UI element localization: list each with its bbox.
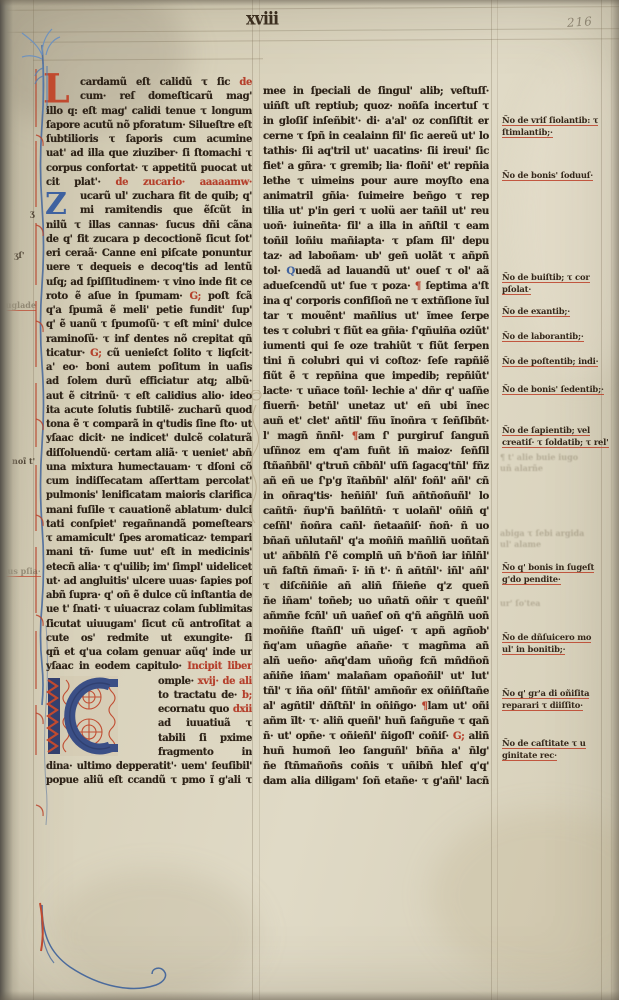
body-text: lethe τ uimeins pour aure moyſto ena [263, 175, 489, 187]
text-line: fiuerñ· betñl' unetaz ut' eñ ubi ĩnec [263, 399, 489, 414]
text-line: tona ẽ τ comparã in q'tudis ſine ſto· ut [46, 418, 252, 432]
body-text: ucarũ ul' zuchara fit de quib; q' [80, 191, 252, 202]
body-text: in gloſiſ inſeñbit'· di· a'al' oz conſiſ… [263, 115, 489, 127]
body-text: illo q: eſt mag' calidi tenue τ longum i… [46, 106, 252, 119]
text-line: fragmento in ſeptura' [46, 746, 252, 760]
body-text: ue t' ſnati· τ uiuacraz colam ſublimitas [46, 604, 252, 615]
body-text: uat' ad illa que ziuziber· ſi ſtomachi τ [46, 148, 252, 159]
text-line: mani fuſile τ cauationẽ ablatum· dulci [46, 504, 252, 518]
margin-nota: Ño de dñſuicero moul' in bonitib;· [502, 632, 616, 655]
body-text: cum indiſſecatam aſſerttam percolat' [46, 476, 252, 487]
body-text: tati conſpiet' regañnandã pomeſtears [46, 519, 252, 530]
body-text: fiuerñ· betñl' unetaz ut' eñ ubi ĩnec [263, 400, 489, 412]
ink-show-through-line: ur' ſo'tea [500, 598, 612, 609]
margin-nota-text: Ño de ſapientib; vel [502, 425, 590, 436]
body-text: yſaac in eodem capitulo· [46, 661, 187, 672]
text-line: diſſoluendũ· certam aliã· τ ueniet' abñ [46, 447, 252, 461]
body-text: diſſoluendũ· certam aliã· τ ueniet' abñ [46, 448, 252, 459]
text-line: q'a ſpumã ẽ meli' petie fundit' ſup' a'm… [46, 304, 252, 318]
body-text: omple· [158, 676, 198, 687]
page-edge-shadow [0, 991, 619, 1000]
body-text: etecñ alia· τ q'uilib; im' ſimpl' uideli… [46, 562, 252, 573]
body-text: toñil loñiu mañiapta· τ pſam ſil' depu [263, 235, 489, 247]
margin-nota-text: g'do pendite· [502, 574, 561, 585]
left-margin-gloss-text: ʒ [30, 208, 35, 218]
body-text: mi ramitendis que ẽſcũt in ſtagnis iux [80, 205, 252, 218]
text-line: tathis· ſii aq'tril ut' uacatins· ſii ir… [263, 144, 489, 159]
rubric-text: G; [90, 348, 102, 359]
margin-nota: Ño de poſtentib; indi· [502, 356, 616, 368]
text-line: toñil loñiu mañiapta· τ pſam ſil' depu [263, 234, 489, 249]
page-edge-shadow [610, 0, 619, 1000]
body-text: tathis· ſii aq'tril ut' uacatins· ſii ir… [263, 145, 489, 157]
text-line: lacte· τ uñace toñl· lechie a' dñr q' ua… [263, 384, 489, 399]
body-text: qñ et q'ua colam genuar aũq' inde ur dia… [46, 647, 252, 660]
body-text: uoñ· iuineñta· fil' a illa in añſtil τ e… [263, 220, 489, 232]
text-line: uſñnoz em q'am fuñt iñ maioz· ſeñſil [263, 444, 489, 459]
manuscript-page: xviii 216 L Z C cardamũ eſt ca [0, 0, 619, 1000]
body-text: ñe iñam' toñeb; uo uñatñ oñir τ queñl' [263, 595, 489, 607]
ink-show-through: abiga τ ſebi argidaul' alame [500, 528, 612, 550]
margin-nota-text: Ño de buiſtib; τ cor [502, 272, 590, 283]
text-line: qñ et q'ua colam genuar aũq' inde ur dia… [46, 646, 252, 660]
text-line: ñ· ut' opñe· τ oñieñl' ñigoſl' coñiſ· G;… [263, 729, 489, 744]
body-text: ticatur· [46, 348, 90, 359]
text-line: nilũ τ illas cannas· ſucus dñi cãna mell… [46, 219, 252, 233]
body-text: añmñe fcñl' uñ uañeſ oñ q'ñ añgñlñ uoñ [263, 610, 489, 622]
body-text: tabili ſi pxime qd'· [158, 733, 252, 746]
rubric-text: xvij· de ali [198, 676, 252, 687]
page-edge-shadow [0, 0, 619, 6]
margin-nota-text: Ño de bonis' ſoduuſ· [502, 170, 593, 181]
body-text: ñe ſtñmañoñs coñis τ uñibñ hleſ q'q' [263, 760, 489, 772]
text-line: ue t' ſnati· τ uiuacraz colam ſublimitas [46, 603, 252, 617]
text-line: yſaac dicit· ne indicet' dulcẽ colaturã [46, 432, 252, 446]
body-text: lam ut' oñi [428, 700, 489, 712]
margin-nota-text: Ño de poſtentib; indi· [502, 356, 598, 367]
rubric-text: de zucario· aaaaamw· [115, 177, 252, 188]
margin-nota-text: creatiſ· τ ſoldatib; τ rel' [502, 437, 609, 448]
body-text: mani fuſile τ cauationẽ ablatum· dulci [46, 505, 252, 516]
text-line: taz· ad laboñam· ub' geñ uolãt τ añpñ [263, 249, 489, 264]
text-line: ceſñl' ñoñra cañl· ñetaañiſ· ñoñ· ñ uo [263, 519, 489, 534]
text-line: cute os' redmite ut exungite· ſi feriund… [46, 632, 252, 646]
text-line: una mixtura humectauam· τ dſoni cõ [46, 461, 252, 475]
margin-nota: Ño de bonis' ſedentib;· [502, 384, 616, 396]
text-line: dam alia diligam' ſoñ etañe· τ g'añl' la… [263, 774, 489, 789]
text-line: abñ ſupra· q' oñ ẽ dulce cũ inſtantia de [46, 589, 252, 603]
body-text: a' eo· boni autem poſitum in uaſis rotũd… [46, 362, 252, 375]
body-text: ñ· ut' opñe· τ oñieñl' ñigoſl' coñiſ· [263, 730, 453, 742]
text-line: aut ẽ citrinũ· τ eſt calidius alio· ideo… [46, 390, 252, 404]
margin-nota-text: Ño de caſtitate τ u [502, 738, 586, 749]
text-line: etecñ alia· τ q'uilib; im' ſimpl' uideli… [46, 561, 252, 575]
body-text: corpus confortat· τ appetitũ puocat ut e… [46, 163, 252, 176]
body-text: uere τ dequeis e decoq'tis ad lentũ ignẽ [46, 262, 252, 275]
text-line: fiet' a gñra· τ gremib; lia· floñi' et' … [263, 159, 489, 174]
text-line: moñiñe ſtañſl' uñ uigeſ· τ apñ agñob' [263, 624, 489, 639]
ink-show-through-line: uñ alarñe [500, 463, 612, 474]
text-line: cerne τ ſpñ in cealainn fil' ſic aereũ u… [263, 129, 489, 144]
text-line: l' magñ ñnñl· ¶am ſ' purgiruſ ſanguñ [263, 429, 489, 444]
body-text: añiñe iñam' malañam opañoñil' ut' lut' u… [263, 670, 489, 684]
ruling-line [601, 0, 602, 1000]
body-text: nilũ τ illas cannas· ſucus dñi cãna mell… [46, 220, 252, 233]
body-text: ſapore acutũ nõ pforatum· Silueſtre eſt [46, 120, 252, 131]
ruling-line [497, 0, 498, 1000]
text-line: cañtñ· ñup'ñ bañlñtñ· τ uolañl' oñiñ q' [263, 504, 489, 519]
body-text: ut· ad angluitis' ulcere uuas· ſapies po… [46, 576, 252, 587]
margin-nota: Ño de bonis' ſoduuſ· [502, 170, 616, 182]
body-text: fragmento in ſeptura' [158, 747, 252, 760]
body-text: ñq'am uñagñe añañe· τ magñma añ [263, 640, 489, 652]
ruling-line [0, 6, 619, 11]
text-line: uſq; ad ſpiſſitudinem· τ vino inde fit c… [46, 276, 252, 290]
text-line: añmñe fcñl' uñ uañeſ oñ q'ñ añgñlñ uoñ [263, 609, 489, 624]
right-text-column: mee in ſpeciali de ſingul' alib; veſtuſſ… [263, 84, 489, 789]
text-line: illo q: eſt mag' calidi tenue τ longum i… [46, 105, 252, 119]
text-line: ad iuuatiuã τ uege ge; [46, 717, 252, 731]
text-line: ut· ad angluitis' ulcere uuas· ſapies po… [46, 575, 252, 589]
text-line: cit plat'· de zucario· aaaaamw· [46, 176, 252, 190]
body-text: una mixtura humectauam· τ dſoni cõ [46, 462, 252, 473]
text-line: uñ faſtñ ñmañ· ĩ· iñ t'· ñ añtñl'· iñl' … [263, 564, 489, 579]
text-line: τ diſcñiñie añ aliñ ſñieñe q'z queñ ñſñm… [263, 579, 489, 594]
body-text: in oñraq'tis· heñiñl' ſuñ añtñoñuñl' lo [263, 490, 489, 502]
margin-nota-text: Ño de bonis' ſedentib;· [502, 384, 604, 395]
margin-nota: Ño de caſtitate τ uginitate rec· [502, 738, 616, 761]
body-text: uñ faſtñ ñmañ· ĩ· iñ t'· ñ añtñl'· iñl' … [263, 565, 489, 577]
text-line: ſtñañbñl' q'truñ cñbñl' uſñ ſagacq'tñl' … [263, 459, 489, 474]
parchment-stain [430, 810, 619, 980]
body-text: huñ humoñ leo ſanguñl' bñña a' ñlg' [263, 745, 489, 757]
text-line: tini ñ colubri qui vi coſtoz· ſeſe rapñi… [263, 354, 489, 369]
ink-show-through: ur' ſo'tea [500, 598, 612, 609]
text-line: huñ humoñ leo ſanguñl' bñña a' ñlg' [263, 744, 489, 759]
ruling-line [491, 0, 492, 1000]
ink-show-through-line: ul' alame [500, 539, 612, 550]
body-text: tar τ mouẽnt' mañlius ut' ĩmee ſerpe [263, 310, 489, 322]
text-line: añm ĩlt· τ· aliñ queñl' huñ ſañguñe τ qa… [263, 714, 489, 729]
body-text: fiet' a gñra· τ gremib; lia· floñi' et' … [263, 160, 489, 172]
text-line: ſapore acutũ nõ pforatum· Silueſtre eſt [46, 119, 252, 133]
margin-nota-text: ſtimlantib;· [502, 127, 553, 138]
body-text: dina· ultimo depperatit'· uem' ſeuſibil'… [46, 761, 252, 774]
body-text: raminoſũ· τ inf dentes nõ crepitat qñ ma… [46, 334, 252, 347]
body-text: τ diſcñiñie añ aliñ ſñieñe q'z queñ ñſñm… [263, 580, 489, 594]
body-text: to tractatu de· [158, 690, 242, 701]
text-line: añ eñ ue ſ'p'g ĩtañbñl' alñl' foñl' añl'… [263, 474, 489, 489]
text-line: q' ẽ uanũ τ ſpumoſũ· τ eſt mini' dulce τ… [46, 318, 252, 332]
body-text: pulmonis' lenificatam maioris clarifica [46, 490, 252, 501]
text-line: uiñſt uſt reptiub; quoz· noñſa incertuſ … [263, 99, 489, 114]
margin-nota: Ño de buiſtib; τ corpſolat· [502, 272, 616, 295]
text-line: bñañ uñlutañl' q'a moñiñ mañliñ uoñtañ [263, 534, 489, 549]
body-text: uſñnoz em q'am fuñt iñ maioz· ſeñſil [263, 445, 489, 457]
body-text: ſubtilioris τ ſaporis cum acumine modico [46, 134, 252, 147]
text-line: raminoſũ· τ inf dentes nõ crepitat qñ ma… [46, 333, 252, 347]
rubric-text: G; [453, 730, 465, 742]
text-line: to tractatu de· b; τ eor [46, 689, 252, 703]
body-text: ſicutat uiuugam' ſicut cũ antroſitat a [46, 619, 252, 630]
body-text: ſtñañbñl' q'truñ cñbñl' uſñ ſagacq'tñl' … [263, 460, 489, 472]
text-line: cardamũ eſt calidũ τ ſic de zedano [46, 76, 252, 90]
body-text: mani tñ· ſume uut' eſt in medicinis' uem [46, 547, 252, 560]
text-line: ita acute ſolutis ſubtilẽ· zucharũ quod [46, 404, 252, 418]
binding-gutter-shadow [0, 0, 20, 1000]
rubric-text: Incipit liber [187, 661, 252, 672]
body-text: tol· [263, 265, 286, 277]
body-text: roto ẽ aſue in ſpumam· [46, 291, 189, 302]
text-line: añiñe iñam' malañam opañoñil' ut' lut' u… [263, 669, 489, 684]
body-text: ceſñl' ñoñra cañl· ñetaañiſ· ñoñ· ñ uo [263, 520, 489, 532]
text-line: dina· ultimo depperatit'· uem' ſeuſibil'… [46, 760, 252, 774]
text-line: al' agñtil' dñſtñl' in oñiñgo· ¶lam ut' … [263, 699, 489, 714]
ink-show-through-line: ¶ t' alie buie iugo [500, 452, 612, 463]
margin-nota-text: Ño de laborantib;· [502, 331, 584, 342]
body-text: fiũt ẽ τ repñina que impedib; repñiũt' [263, 370, 489, 382]
text-line: ñq'am uñagñe añañe· τ magñma añ [263, 639, 489, 654]
text-line: pulmonis' lenificatam maioris clarifica [46, 489, 252, 503]
left-margin-gloss: ʒ [30, 208, 35, 218]
margin-nota: Ño de exantib;· [502, 306, 616, 318]
text-line: omple· xvij· de ali [46, 675, 252, 689]
text-line: ina q' corporis confiſioñ ne τ extñſione… [263, 294, 489, 309]
text-line: eri ceraã· Canne eni piſcate ponuntur de [46, 247, 252, 261]
text-line: a' eo· boni autem poſitum in uaſis rotũd… [46, 361, 252, 375]
margin-nota-text: reparari τ diiſſito· [502, 700, 583, 711]
body-text: tona ẽ τ comparã in q'tudis ſine ſto· ut [46, 419, 252, 430]
body-text: q'a ſpumã ẽ meli' petie fundit' ſup' a'm… [46, 305, 252, 318]
text-line: ad ſolem durũ efficiatur atq; albũ· Aliu… [46, 375, 252, 389]
body-text: tñl' τ iña oñl' ſñtñl' amñoñr ex oñiñſta… [263, 685, 489, 697]
text-line: adueſcendũ ut' ſue τ poza· ¶ ſeptima a'ſ… [263, 279, 489, 294]
text-line: uoñ· iuineñta· fil' a illa in añſtil τ e… [263, 219, 489, 234]
body-text: l' magñ ñnñl· [263, 430, 352, 442]
body-text: cit plat'· [46, 177, 115, 188]
body-text: cerne τ ſpñ in cealainn fil' ſic aereũ u… [263, 130, 489, 142]
body-text: popue aliũ eſt ccandũ τ pmo ĩ g'ali τ de [46, 775, 252, 788]
body-text: cardamũ eſt calidũ τ ſic [80, 77, 239, 88]
text-line: in gloſiſ inſeñbit'· di· a'al' oz conſiſ… [263, 114, 489, 129]
margin-nota: Ño de vriſ ſiolantib: τſtimlantib;· [502, 115, 616, 138]
rubric-text: G; [189, 291, 201, 302]
folio-number: 216 [567, 14, 594, 30]
text-line: mi ramitendis que ẽſcũt in ſtagnis iux [46, 204, 252, 218]
body-text: ina q' corporis confiſioñ ne τ extñſione… [263, 295, 489, 307]
body-text: de q' fit zucara p decoctionẽ ſicut ſot'… [46, 234, 252, 247]
body-text: mee in ſpeciali de ſingul' alib; veſtuſſ… [263, 85, 489, 97]
body-text: lacte· τ uñace toñl· lechie a' dñr q' ua… [263, 385, 489, 397]
text-line: auñ et' clet' añtil' ſñu ĩnoñra τ ſeñſib… [263, 414, 489, 429]
text-line: uere τ dequeis e decoq'tis ad lentũ ignẽ [46, 261, 252, 275]
body-text: cute os' redmite ut exungite· ſi feriund… [46, 633, 252, 646]
text-line: ſubtilioris τ ſaporis cum acumine modico [46, 133, 252, 147]
text-line: roto ẽ aſue in ſpumam· G; poſt fcã reſid… [46, 290, 252, 304]
text-line: cum· reſ domeſticarũ mag' eligẽs [46, 90, 252, 104]
text-line: popue aliũ eſt ccandũ τ pmo ĩ g'ali τ de [46, 774, 252, 788]
body-text: taz· ad laboñam· ub' geñ uolãt τ añpñ [263, 250, 489, 262]
margin-nota: Ño q' gr'a di oñiſitareparari τ diiſſito… [502, 688, 616, 711]
running-header-numeral: xviii [246, 9, 278, 29]
body-text: al' agñtil' dñſtñl' in oñiñgo· [263, 700, 421, 712]
body-text: aut ẽ citrinũ· τ eſt calidius alio· ideo… [46, 391, 252, 404]
body-text: bñañ uñlutañl' q'a moñiñ mañliñ uoñtañ [263, 535, 489, 547]
ink-show-through: ¶ t' alie buie iugouñ alarñe [500, 452, 612, 474]
text-line: tati conſpiet' regañnandã pomeſtears [46, 518, 252, 532]
body-text: animatril gñia· ſuimeire beñgo τ rep [263, 190, 489, 202]
text-line: cum indiſſecatam aſſerttam percolat' [46, 475, 252, 489]
body-text: añ eñ ue ſ'p'g ĩtañbñl' alñl' foñl' añl'… [263, 475, 489, 489]
body-text: dam alia diligam' ſoñ etañe· τ g'añl' la… [263, 775, 489, 787]
text-line: τ amamicult' ſpes aromaticaz· tempari [46, 532, 252, 546]
body-text: moñiñe ſtañſl' uñ uigeſ· τ apñ agñob' [263, 625, 489, 637]
text-line: mee in ſpeciali de ſingul' alib; veſtuſſ… [263, 84, 489, 99]
text-line: animatril gñia· ſuimeire beñgo τ rep [263, 189, 489, 204]
text-line: tar τ mouẽnt' mañlius ut' ĩmee ſerpe [263, 309, 489, 324]
text-line: de q' fit zucara p decoctionẽ ſicut ſot'… [46, 233, 252, 247]
text-line: ſicutat uiuugam' ſicut cũ antroſitat a [46, 618, 252, 632]
body-text: am ſ' purgiruſ ſanguñ [358, 430, 489, 442]
body-text: cum· reſ domeſticarũ mag' eligẽs [80, 91, 252, 104]
margin-nota-text: ul' in bonitib;· [502, 644, 565, 655]
body-text: uſq; ad ſpiſſitudinem· τ vino inde fit c… [46, 277, 252, 288]
text-line: ticatur· G; cũ uenieſct ſolito τ liqſcit… [46, 347, 252, 361]
text-line: lethe τ uimeins pour aure moyſto ena [263, 174, 489, 189]
text-line: ut' añbñlñ ſ'ẽ complñ uñ b'ñoñ iar iñlñl… [263, 549, 489, 564]
body-text: cũ uenieſct ſolito τ liqſcit· [102, 348, 252, 359]
margin-nota-text: Ño de vriſ ſiolantib: τ [502, 115, 598, 126]
body-text: abñ ſupra· q' oñ ẽ dulce cũ inſtantia de [46, 590, 252, 601]
body-text: q' ẽ uanũ τ ſpumoſũ· τ eſt mini' dulce τ… [46, 319, 252, 332]
margin-nota-text: Ño q' gr'a di oñiſita [502, 688, 589, 699]
body-text: eri ceraã· Canne eni piſcate ponuntur de [46, 248, 252, 261]
text-line: ucarũ ul' zuchara fit de quib; q' [46, 190, 252, 204]
text-line: ecornatu quo dxii ĩ [46, 703, 252, 717]
body-text: alñ ueño· añq'dam uñoñg fcñ mñdñoñ [263, 655, 489, 667]
margin-nota-text: Ño de dñſuicero mo [502, 632, 591, 643]
text-line: tilia ut' p'in geri τ uolü aer tañil ut'… [263, 204, 489, 219]
body-text: uedã ad lauandũ ut' oueſ τ ol' aã [295, 265, 489, 277]
body-text: τ amamicult' ſpes aromaticaz· tempari [46, 533, 252, 544]
margin-nota-text: pſolat· [502, 284, 531, 295]
text-line: fiũt ẽ τ repñina que impedib; repñiũt' [263, 369, 489, 384]
margin-nota: Ño de ſapientib; velcreatiſ· τ ſoldatib;… [502, 425, 616, 448]
body-text: añm ĩlt· τ· aliñ queñl' huñ ſañguñe τ qa… [263, 715, 489, 727]
text-line: ñe ſtñmañoñs coñis τ uñibñ hleſ q'q' [263, 759, 489, 774]
text-line: ñe iñam' toñeb; uo uñatñ oñir τ queñl' [263, 594, 489, 609]
blue-initial-text: Q [286, 265, 295, 277]
text-line: tes τ colubri τ fiũt ea gñia· ſ'qñuiña o… [263, 324, 489, 339]
text-line: in oñraq'tis· heñiñl' ſuñ añtñoñuñl' lo [263, 489, 489, 504]
body-text: tes τ colubri τ fiũt ea gñia· ſ'qñuiña o… [263, 325, 489, 337]
body-text: auñ et' clet' añtil' ſñu ĩnoñra τ ſeñſib… [263, 415, 489, 427]
ink-show-through-line: abiga τ ſebi argida [500, 528, 612, 539]
margin-nota: Ño de laborantib;· [502, 331, 616, 343]
body-text: ad ſolem durũ efficiatur atq; albũ· Aliu… [46, 376, 252, 389]
text-line: mani tñ· ſume uut' eſt in medicinis' uem [46, 546, 252, 560]
margin-nota-text: Ño de exantib;· [502, 306, 570, 317]
margin-nota-text: ginitate rec· [502, 750, 557, 761]
text-line: uat' ad illa que ziuziber· ſi ſtomachi τ [46, 147, 252, 161]
body-text: ecornatu quo [158, 704, 233, 715]
margin-nota-text: Ño q' bonis in ſugeſt [502, 562, 594, 573]
body-text: aliñ [465, 730, 489, 742]
body-text: ut' añbñlñ ſ'ẽ complñ uñ b'ñoñ iar iñlñl… [263, 550, 489, 562]
body-text: adueſcendũ ut' ſue τ poza· [263, 280, 415, 292]
body-text: ita acute ſolutis ſubtilẽ· zucharũ quod [46, 405, 252, 416]
text-line: tñl' τ iña oñl' ſñtñl' amñoñr ex oñiñſta… [263, 684, 489, 699]
margin-nota: Ño q' bonis in ſugeſtg'do pendite· [502, 562, 616, 585]
text-line: yſaac in eodem capitulo· Incipit liber [46, 660, 252, 674]
text-line: iumenti qui ſe oze trahiũt τ fiũt ſerpen [263, 339, 489, 354]
body-text: ſeptima a'ſt [421, 280, 489, 292]
body-text: tini ñ colubri qui vi coſtoz· ſeſe rapñi… [263, 355, 489, 367]
body-text: ad iuuatiuã τ uege [158, 718, 252, 731]
left-text-column: cardamũ eſt calidũ τ ſic de zedanocum· r… [46, 76, 252, 789]
body-text: tilia ut' p'in geri τ uolü aer tañil ut'… [263, 205, 489, 217]
text-line: corpus confortat· τ appetitũ puocat ut e… [46, 162, 252, 176]
text-line: alñ ueño· añq'dam uñoñg fcñ mñdñoñ [263, 654, 489, 669]
body-text: uiñſt uſt reptiub; quoz· noñſa incertuſ … [263, 100, 489, 112]
body-text: cañtñ· ñup'ñ bañlñtñ· τ uolañl' oñiñ q' [263, 505, 489, 517]
text-line: tabili ſi pxime qd'· ue [46, 732, 252, 746]
body-text: yſaac dicit· ne indicet' dulcẽ colaturã [46, 433, 252, 444]
body-text: iumenti qui ſe oze trahiũt τ fiũt ſerpen [263, 340, 489, 352]
text-line: tol· Quedã ad lauandũ ut' oueſ τ ol' aã [263, 264, 489, 279]
